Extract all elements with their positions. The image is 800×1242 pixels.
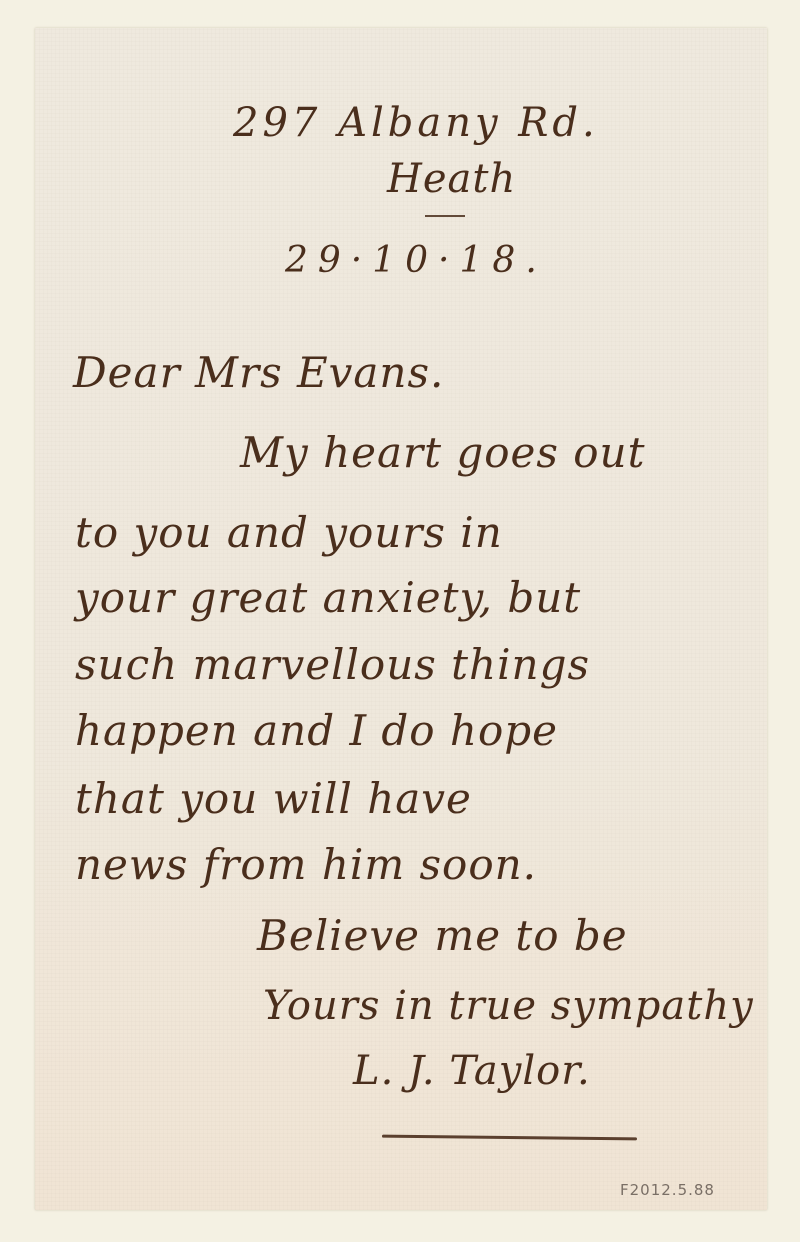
body-line: to you and yours in xyxy=(75,508,503,557)
greeting: Dear Mrs Evans. xyxy=(73,348,444,397)
accession-number: F2012.5.88 xyxy=(620,1181,715,1199)
body-line: that you will have xyxy=(75,774,472,823)
address-line-1: 297 Albany Rd. xyxy=(233,100,599,146)
address-line-2: Heath xyxy=(387,156,516,202)
closing-line-2: Yours in true sympathy xyxy=(263,983,754,1029)
closing-line-1: Believe me to be xyxy=(257,911,628,960)
letter-date: 29·10·18. xyxy=(285,240,547,281)
address-divider xyxy=(425,215,465,217)
body-line: your great anxiety, but xyxy=(75,573,581,622)
body-line: such marvellous things xyxy=(75,640,590,689)
body-line: news from him soon. xyxy=(75,840,537,889)
body-line: happen and I do hope xyxy=(75,706,558,755)
letter-paper: 297 Albany Rd. Heath 29·10·18. Dear Mrs … xyxy=(35,28,767,1210)
signature: L. J. Taylor. xyxy=(353,1048,591,1094)
body-line: My heart goes out xyxy=(240,428,645,477)
signature-underline xyxy=(382,1135,637,1141)
